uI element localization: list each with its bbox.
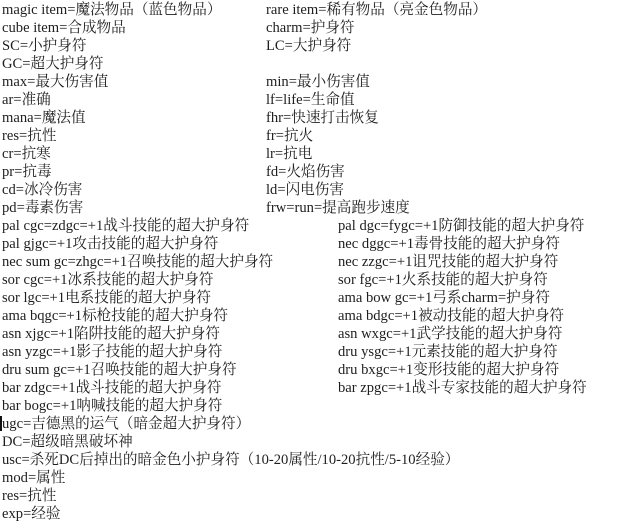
term-left: mana=魔法值 [2,109,86,127]
term-line: usc=杀死DC后掉出的暗金色小护身符（10-20属性/10-20抗性/5-10… [2,451,459,469]
term-right: pal dgc=fygc=+1防御技能的超大护身符 [338,217,584,235]
term-right: fr=抗火 [266,127,313,145]
glossary-row: res=抗性 [0,487,640,505]
term-right: ld=闪电伤害 [266,181,344,199]
glossary-row: mod=属性 [0,469,640,487]
term-left: pal gjgc=+1攻击技能的超大护身符 [2,235,218,253]
term-right: min=最小伤害值 [266,73,370,91]
glossary-row: max=最大伤害值 min=最小伤害值 [0,73,640,91]
term-left: SC=小护身符 [2,37,86,55]
term-line: bar bogc=+1呐喊技能的超大护身符 [2,397,222,415]
glossary-row: exp=经验 [0,505,640,523]
term-left: res=抗性 [2,127,56,145]
term-right: sor fgc=+1火系技能的超大护身符 [338,271,548,289]
glossary-row: pal cgc=zdgc=+1战斗技能的超大护身符 pal dgc=fygc=+… [0,217,640,235]
glossary-row: usc=杀死DC后掉出的暗金色小护身符（10-20属性/10-20抗性/5-10… [0,451,640,469]
term-right: LC=大护身符 [266,37,351,55]
term-left: pd=毒素伤害 [2,199,83,217]
term-right: asn wxgc=+1武学技能的超大护身符 [338,325,562,343]
term-left: nec sum gc=zhgc=+1召唤技能的超大护身符 [2,253,273,271]
term-left: dru sum gc=+1召唤技能的超大护身符 [2,361,237,379]
term-right: dru bxgc=+1变形技能的超大护身符 [338,361,559,379]
glossary-row: ama bqgc=+1标枪技能的超大护身符 ama bdgc=+1被动技能的超大… [0,307,640,325]
term-left: asn xjgc=+1陷阱技能的超大护身符 [2,325,220,343]
glossary-row: pd=毒素伤害 frw=run=提高跑步速度 [0,199,640,217]
term-line: res=抗性 [2,487,56,505]
term-line: exp=经验 [2,505,61,523]
term-right: nec zzgc=+1诅咒技能的超大护身符 [338,253,558,271]
glossary-row: sor lgc=+1电系技能的超大护身符 ama bow gc=+1弓系char… [0,289,640,307]
glossary-row: bar zdgc=+1战斗技能的超大护身符 bar zpgc=+1战斗专家技能的… [0,379,640,397]
term-left: pr=抗毒 [2,163,52,181]
glossary-row: res=抗性 fr=抗火 [0,127,640,145]
term-right: fd=火焰伤害 [266,163,345,181]
glossary-row: GC=超大护身符 [0,55,640,73]
glossary-row: pal gjgc=+1攻击技能的超大护身符 nec dggc=+1毒骨技能的超大… [0,235,640,253]
term-right: ama bdgc=+1被动技能的超大护身符 [338,307,564,325]
glossary-row: mana=魔法值 fhr=快速打击恢复 [0,109,640,127]
term-left: cube item=合成物品 [2,19,126,37]
term-left: cd=冰冷伤害 [2,181,82,199]
term-left: GC=超大护身符 [2,55,103,73]
term-right: lr=抗电 [266,145,312,163]
glossary-row: bar bogc=+1呐喊技能的超大护身符 [0,397,640,415]
term-right: bar zpgc=+1战斗专家技能的超大护身符 [338,379,587,397]
term-right: charm=护身符 [266,19,354,37]
term-left: ama bqgc=+1标枪技能的超大护身符 [2,307,228,325]
term-left: bar zdgc=+1战斗技能的超大护身符 [2,379,222,397]
glossary-row: ar=准确 lf=life=生命值 [0,91,640,109]
term-line: DC=超级暗黑破坏神 [2,433,133,451]
glossary-row: cd=冰冷伤害 ld=闪电伤害 [0,181,640,199]
term-left: magic item=魔法物品（蓝色物品） [2,1,221,19]
glossary-row: magic item=魔法物品（蓝色物品） rare item=稀有物品（亮金色… [0,1,640,19]
glossary-row: sor cgc=+1冰系技能的超大护身符 sor fgc=+1火系技能的超大护身… [0,271,640,289]
term-left: pal cgc=zdgc=+1战斗技能的超大护身符 [2,217,249,235]
term-left: ar=准确 [2,91,51,109]
term-right: ama bow gc=+1弓系charm=护身符 [338,289,550,307]
term-right: frw=run=提高跑步速度 [266,199,410,217]
glossary-row: DC=超级暗黑破坏神 [0,433,640,451]
term-left: sor lgc=+1电系技能的超大护身符 [2,289,211,307]
term-right: nec dggc=+1毒骨技能的超大护身符 [338,235,560,253]
term-left: max=最大伤害值 [2,73,108,91]
glossary-row: cube item=合成物品 charm=护身符 [0,19,640,37]
glossary-row: asn yzgc=+1影子技能的超大护身符 dru ysgc=+1元素技能的超大… [0,343,640,361]
term-left: cr=抗寒 [2,145,51,163]
term-right: lf=life=生命值 [266,91,355,109]
glossary-row: cr=抗寒 lr=抗电 [0,145,640,163]
term-left: asn yzgc=+1影子技能的超大护身符 [2,343,222,361]
glossary-row: asn xjgc=+1陷阱技能的超大护身符 asn wxgc=+1武学技能的超大… [0,325,640,343]
glossary-document: magic item=魔法物品（蓝色物品） rare item=稀有物品（亮金色… [0,0,640,523]
term-right: dru ysgc=+1元素技能的超大护身符 [338,343,558,361]
term-right: rare item=稀有物品（亮金色物品） [266,1,487,19]
glossary-row: nec sum gc=zhgc=+1召唤技能的超大护身符 nec zzgc=+1… [0,253,640,271]
glossary-row: dru sum gc=+1召唤技能的超大护身符 dru bxgc=+1变形技能的… [0,361,640,379]
term-right: fhr=快速打击恢复 [266,109,379,127]
glossary-row: pr=抗毒 fd=火焰伤害 [0,163,640,181]
glossary-row: SC=小护身符 LC=大护身符 [0,37,640,55]
term-left: sor cgc=+1冰系技能的超大护身符 [2,271,213,289]
glossary-row: ugc=吉德黑的运气（暗金超大护身符） [0,415,640,433]
term-line: mod=属性 [2,469,65,487]
term-line: ugc=吉德黑的运气（暗金超大护身符） [2,415,250,433]
